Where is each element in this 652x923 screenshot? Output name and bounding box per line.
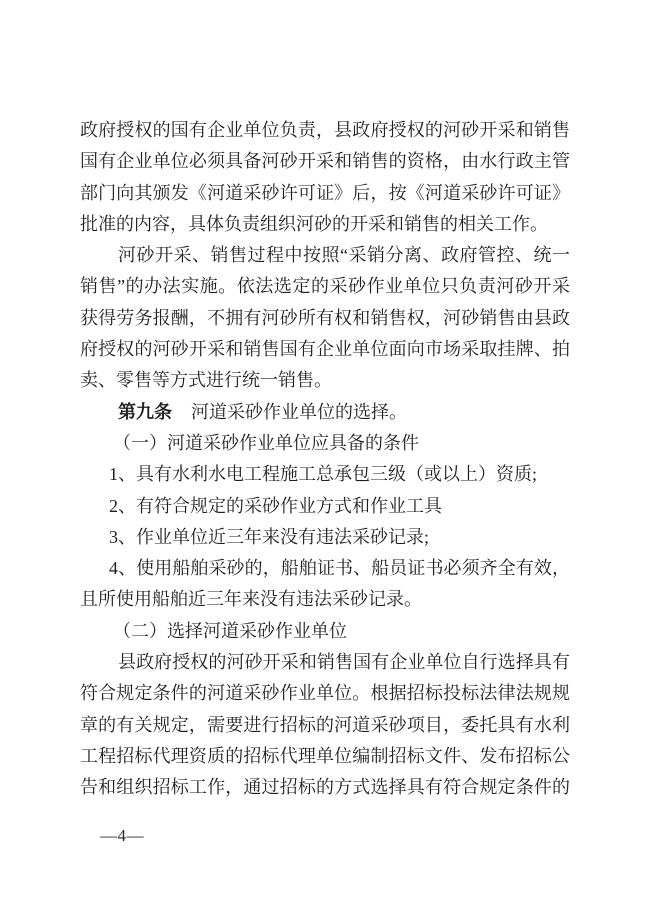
para2-line: 获得劳务报酬，不拥有河砂所有权和销售权，河砂销售由县政: [80, 303, 570, 334]
para3-line: 告和组织招标工作，通过招标的方式选择具有符合规定条件的: [80, 772, 570, 803]
para1-line: 国有企业单位必须具备河砂开采和销售的资格，由水行政主管: [80, 146, 570, 177]
document-body: 政府授权的国有企业单位负责，县政府授权的河砂开采和销售 国有企业单位必须具备河砂…: [80, 115, 570, 804]
condition-item-1: 1、具有水利水电工程施工总承包三级（或以上）资质;: [80, 459, 570, 490]
condition-item-2: 2、有符合规定的采砂作业方式和作业工具: [80, 491, 570, 522]
para3-line: 符合规定条件的河道采砂作业单位。根据招标投标法律法规规: [80, 678, 570, 709]
para2-line: 销售”的办法实施。依法选定的采砂作业单位只负责河砂开采: [80, 271, 570, 302]
page-number: —4—: [100, 826, 144, 845]
condition-item-4-line: 4、使用船舶采砂的，船舶证书、船员证书必须齐全有效，: [80, 553, 570, 584]
article-number-label: 第九条: [118, 402, 172, 422]
selection-header: （二）选择河道采砂作业单位: [80, 616, 570, 647]
para2-line: 河砂开采、销售过程中按照“采销分离、政府管控、统一: [80, 240, 570, 271]
article-title: 河道采砂作业单位的选择。: [191, 402, 407, 422]
para3-line: 章的有关规定，需要进行招标的河道采砂项目，委托具有水利: [80, 710, 570, 741]
article-9-heading: 第九条河道采砂作业单位的选择。: [80, 397, 570, 428]
para1-line: 部门向其颁发《河道采砂许可证》后，按《河道采砂许可证》: [80, 178, 570, 209]
para2-line: 府授权的河砂开采和销售国有企业单位面向市场采取挂牌、拍: [80, 334, 570, 365]
condition-item-3: 3、作业单位近三年来没有违法采砂记录;: [80, 522, 570, 553]
para1-line: 政府授权的国有企业单位负责，县政府授权的河砂开采和销售: [80, 115, 570, 146]
condition-item-4-line: 且所使用船舶近三年来没有违法采砂记录。: [80, 584, 570, 615]
para3-line: 县政府授权的河砂开采和销售国有企业单位自行选择具有: [80, 647, 570, 678]
para1-line: 批准的内容，具体负责组织河砂的开采和销售的相关工作。: [80, 209, 570, 240]
para3-line: 工程招标代理资质的招标代理单位编制招标文件、发布招标公: [80, 741, 570, 772]
conditions-header: （一）河道采砂作业单位应具备的条件: [80, 428, 570, 459]
para2-line: 卖、零售等方式进行统一销售。: [80, 365, 570, 396]
document-page: 政府授权的国有企业单位负责，县政府授权的河砂开采和销售 国有企业单位必须具备河砂…: [0, 0, 652, 923]
